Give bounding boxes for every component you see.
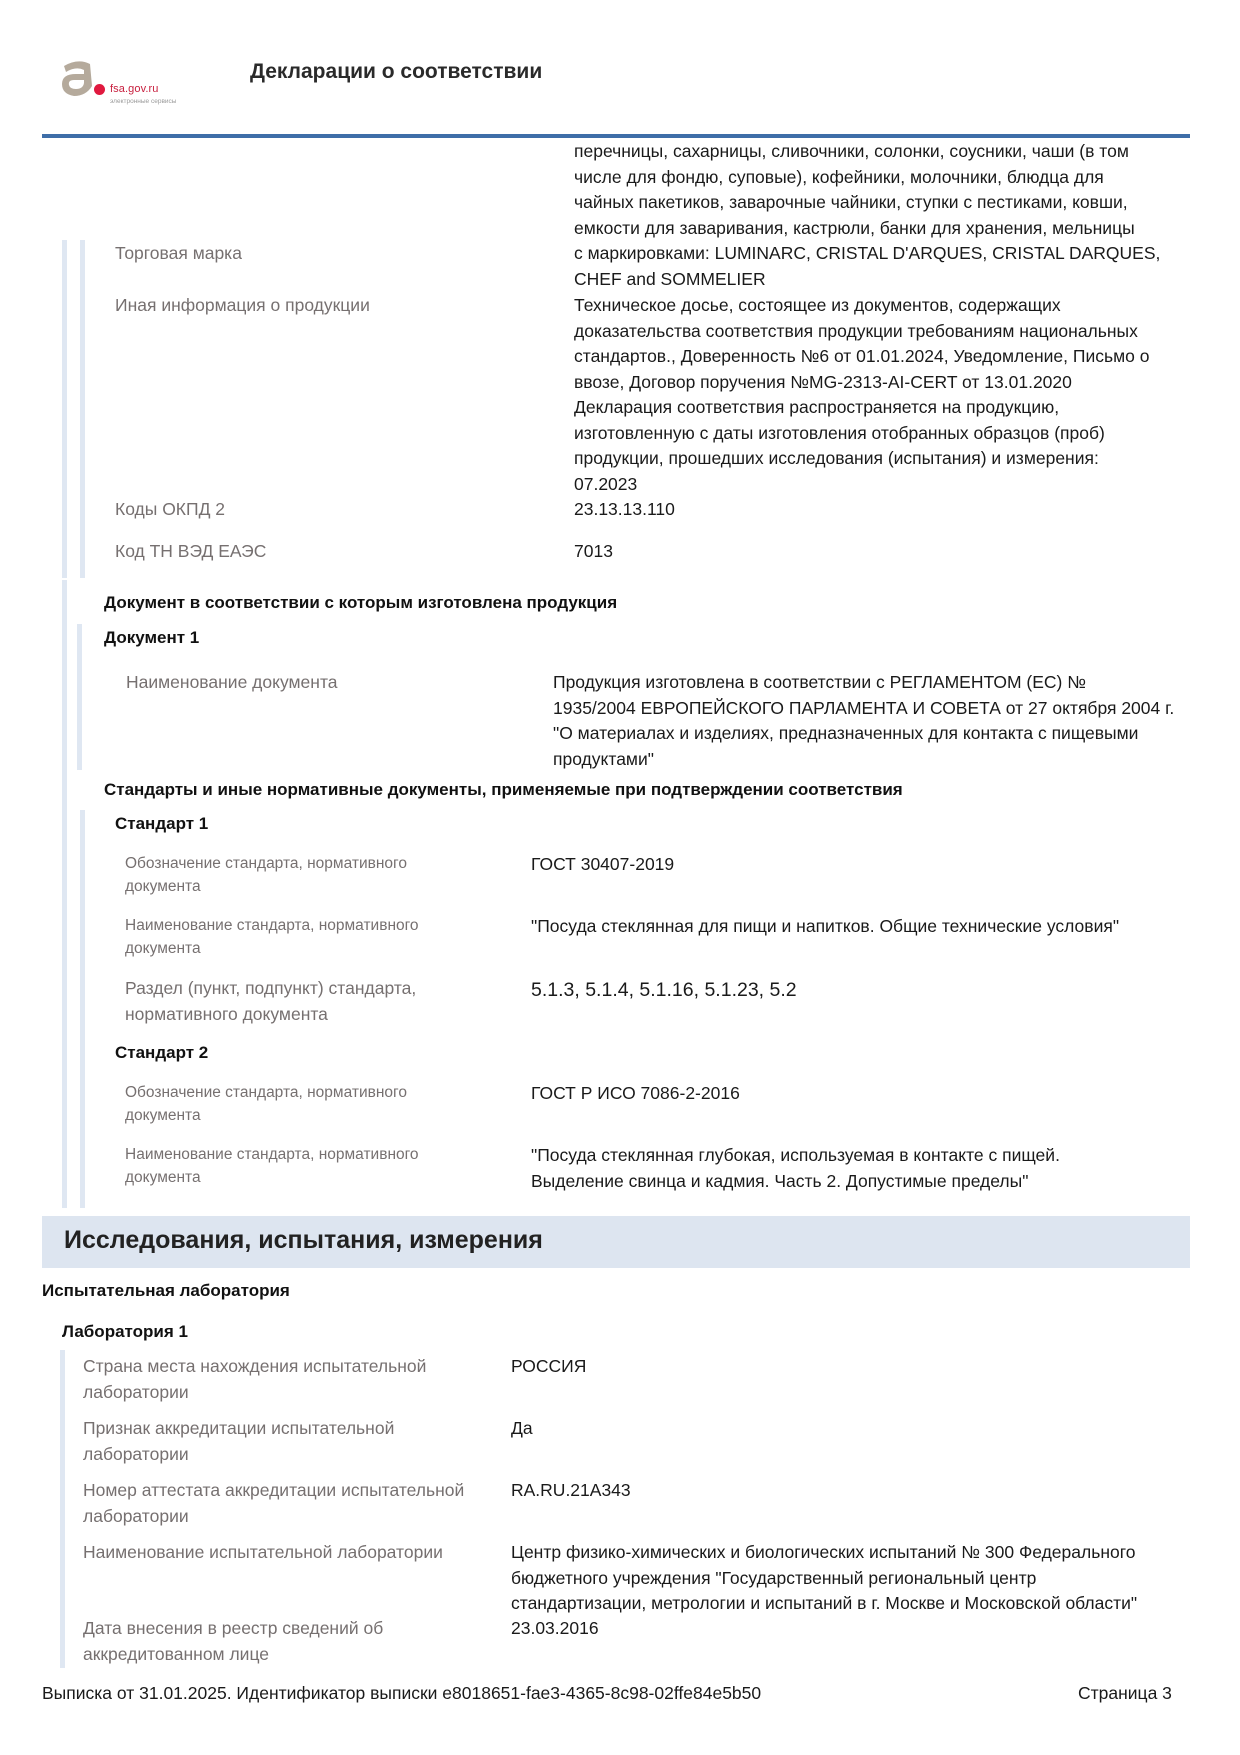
standard-1-title: Стандарт 1 — [115, 814, 208, 834]
field-value-okpd2: 23.13.13.110 — [574, 497, 675, 523]
field-value-other-info: Техническое досье, состоящее из документ… — [574, 293, 1149, 497]
standards-heading: Стандарты и иные нормативные документы, … — [104, 780, 903, 800]
lab-1-title: Лаборатория 1 — [62, 1322, 188, 1342]
lab-registry-date-label: Дата внесения в реестр сведений об аккре… — [83, 1616, 383, 1667]
standards-indent-bar — [80, 810, 85, 1208]
footer-extract-info: Выписка от 31.01.2025. Идентификатор вып… — [42, 1683, 761, 1704]
lab-certificate-label: Номер аттестата аккредитации испытательн… — [83, 1478, 464, 1529]
lab-certificate-value: RA.RU.21A343 — [511, 1478, 631, 1504]
standard-1-designation-label: Обозначение стандарта, нормативного доку… — [125, 852, 407, 898]
lab-name-value: Центр физико-химических и биологических … — [511, 1540, 1137, 1617]
lab-registry-date-value: 23.03.2016 — [511, 1616, 599, 1642]
standard-2-title: Стандарт 2 — [115, 1043, 208, 1063]
logo-dot — [94, 84, 105, 95]
section-header-research: Исследования, испытания, измерения — [42, 1216, 1190, 1268]
lab-accreditation-label: Признак аккредитации испытательной лабор… — [83, 1416, 394, 1467]
footer-page-number: Страница 3 — [1078, 1683, 1172, 1704]
lab-name-label: Наименование испытательной лаборатории — [83, 1540, 443, 1566]
fsa-a-logo-icon — [58, 58, 98, 98]
doc-name-value: Продукция изготовлена в соответствии с Р… — [553, 670, 1174, 772]
outer-indent-bar — [62, 580, 67, 1208]
fsa-logo: fsa.gov.ru электронные сервисы — [58, 58, 218, 110]
doc-indent-bar — [77, 624, 82, 770]
lab-country-label: Страна места нахождения испытательной ла… — [83, 1354, 426, 1405]
lab-country-value: РОССИЯ — [511, 1354, 586, 1380]
field-label-other-info: Иная информация о продукции — [115, 293, 370, 319]
standard-1-name-label: Наименование стандарта, нормативного док… — [125, 914, 419, 960]
standard-1-section-label: Раздел (пункт, подпункт) стандарта, норм… — [125, 976, 416, 1027]
standard-2-designation-label: Обозначение стандарта, нормативного доку… — [125, 1081, 407, 1127]
document-title: Декларации о соответствии — [250, 60, 542, 84]
manufacturing-doc-heading: Документ в соответствии с которым изгото… — [104, 593, 617, 613]
lab-indent-bar — [60, 1350, 65, 1668]
lab-heading: Испытательная лаборатория — [42, 1281, 290, 1301]
document-1-title: Документ 1 — [104, 628, 199, 648]
field-label-trademark: Торговая марка — [115, 241, 242, 267]
doc-name-label: Наименование документа — [126, 670, 338, 696]
standard-2-name-label: Наименование стандарта, нормативного док… — [125, 1143, 419, 1189]
product-description-continuation: перечницы, сахарницы, сливочники, солонк… — [574, 139, 1135, 241]
standard-1-name-value: "Посуда стеклянная для пищи и напитков. … — [531, 914, 1119, 940]
header-divider — [42, 134, 1190, 138]
field-label-tnved: Код ТН ВЭД ЕАЭС — [115, 539, 266, 565]
logo-site-text: fsa.gov.ru — [110, 83, 159, 95]
inner-indent-bar — [80, 240, 85, 578]
field-value-tnved: 7013 — [574, 539, 613, 565]
standard-1-designation-value: ГОСТ 30407-2019 — [531, 852, 674, 878]
outer-indent-bar — [62, 240, 67, 578]
standard-2-name-value: "Посуда стеклянная глубокая, используема… — [531, 1143, 1060, 1194]
section-title: Исследования, испытания, измерения — [64, 1226, 543, 1255]
standard-2-designation-value: ГОСТ Р ИСО 7086-2-2016 — [531, 1081, 740, 1107]
field-value-trademark: с маркировками: LUMINARC, CRISTAL D'ARQU… — [574, 241, 1160, 292]
lab-accreditation-value: Да — [511, 1416, 533, 1442]
field-label-okpd2: Коды ОКПД 2 — [115, 497, 225, 523]
logo-subtitle: электронные сервисы — [110, 98, 176, 105]
standard-1-section-value: 5.1.3, 5.1.4, 5.1.16, 5.1.23, 5.2 — [531, 978, 797, 1004]
